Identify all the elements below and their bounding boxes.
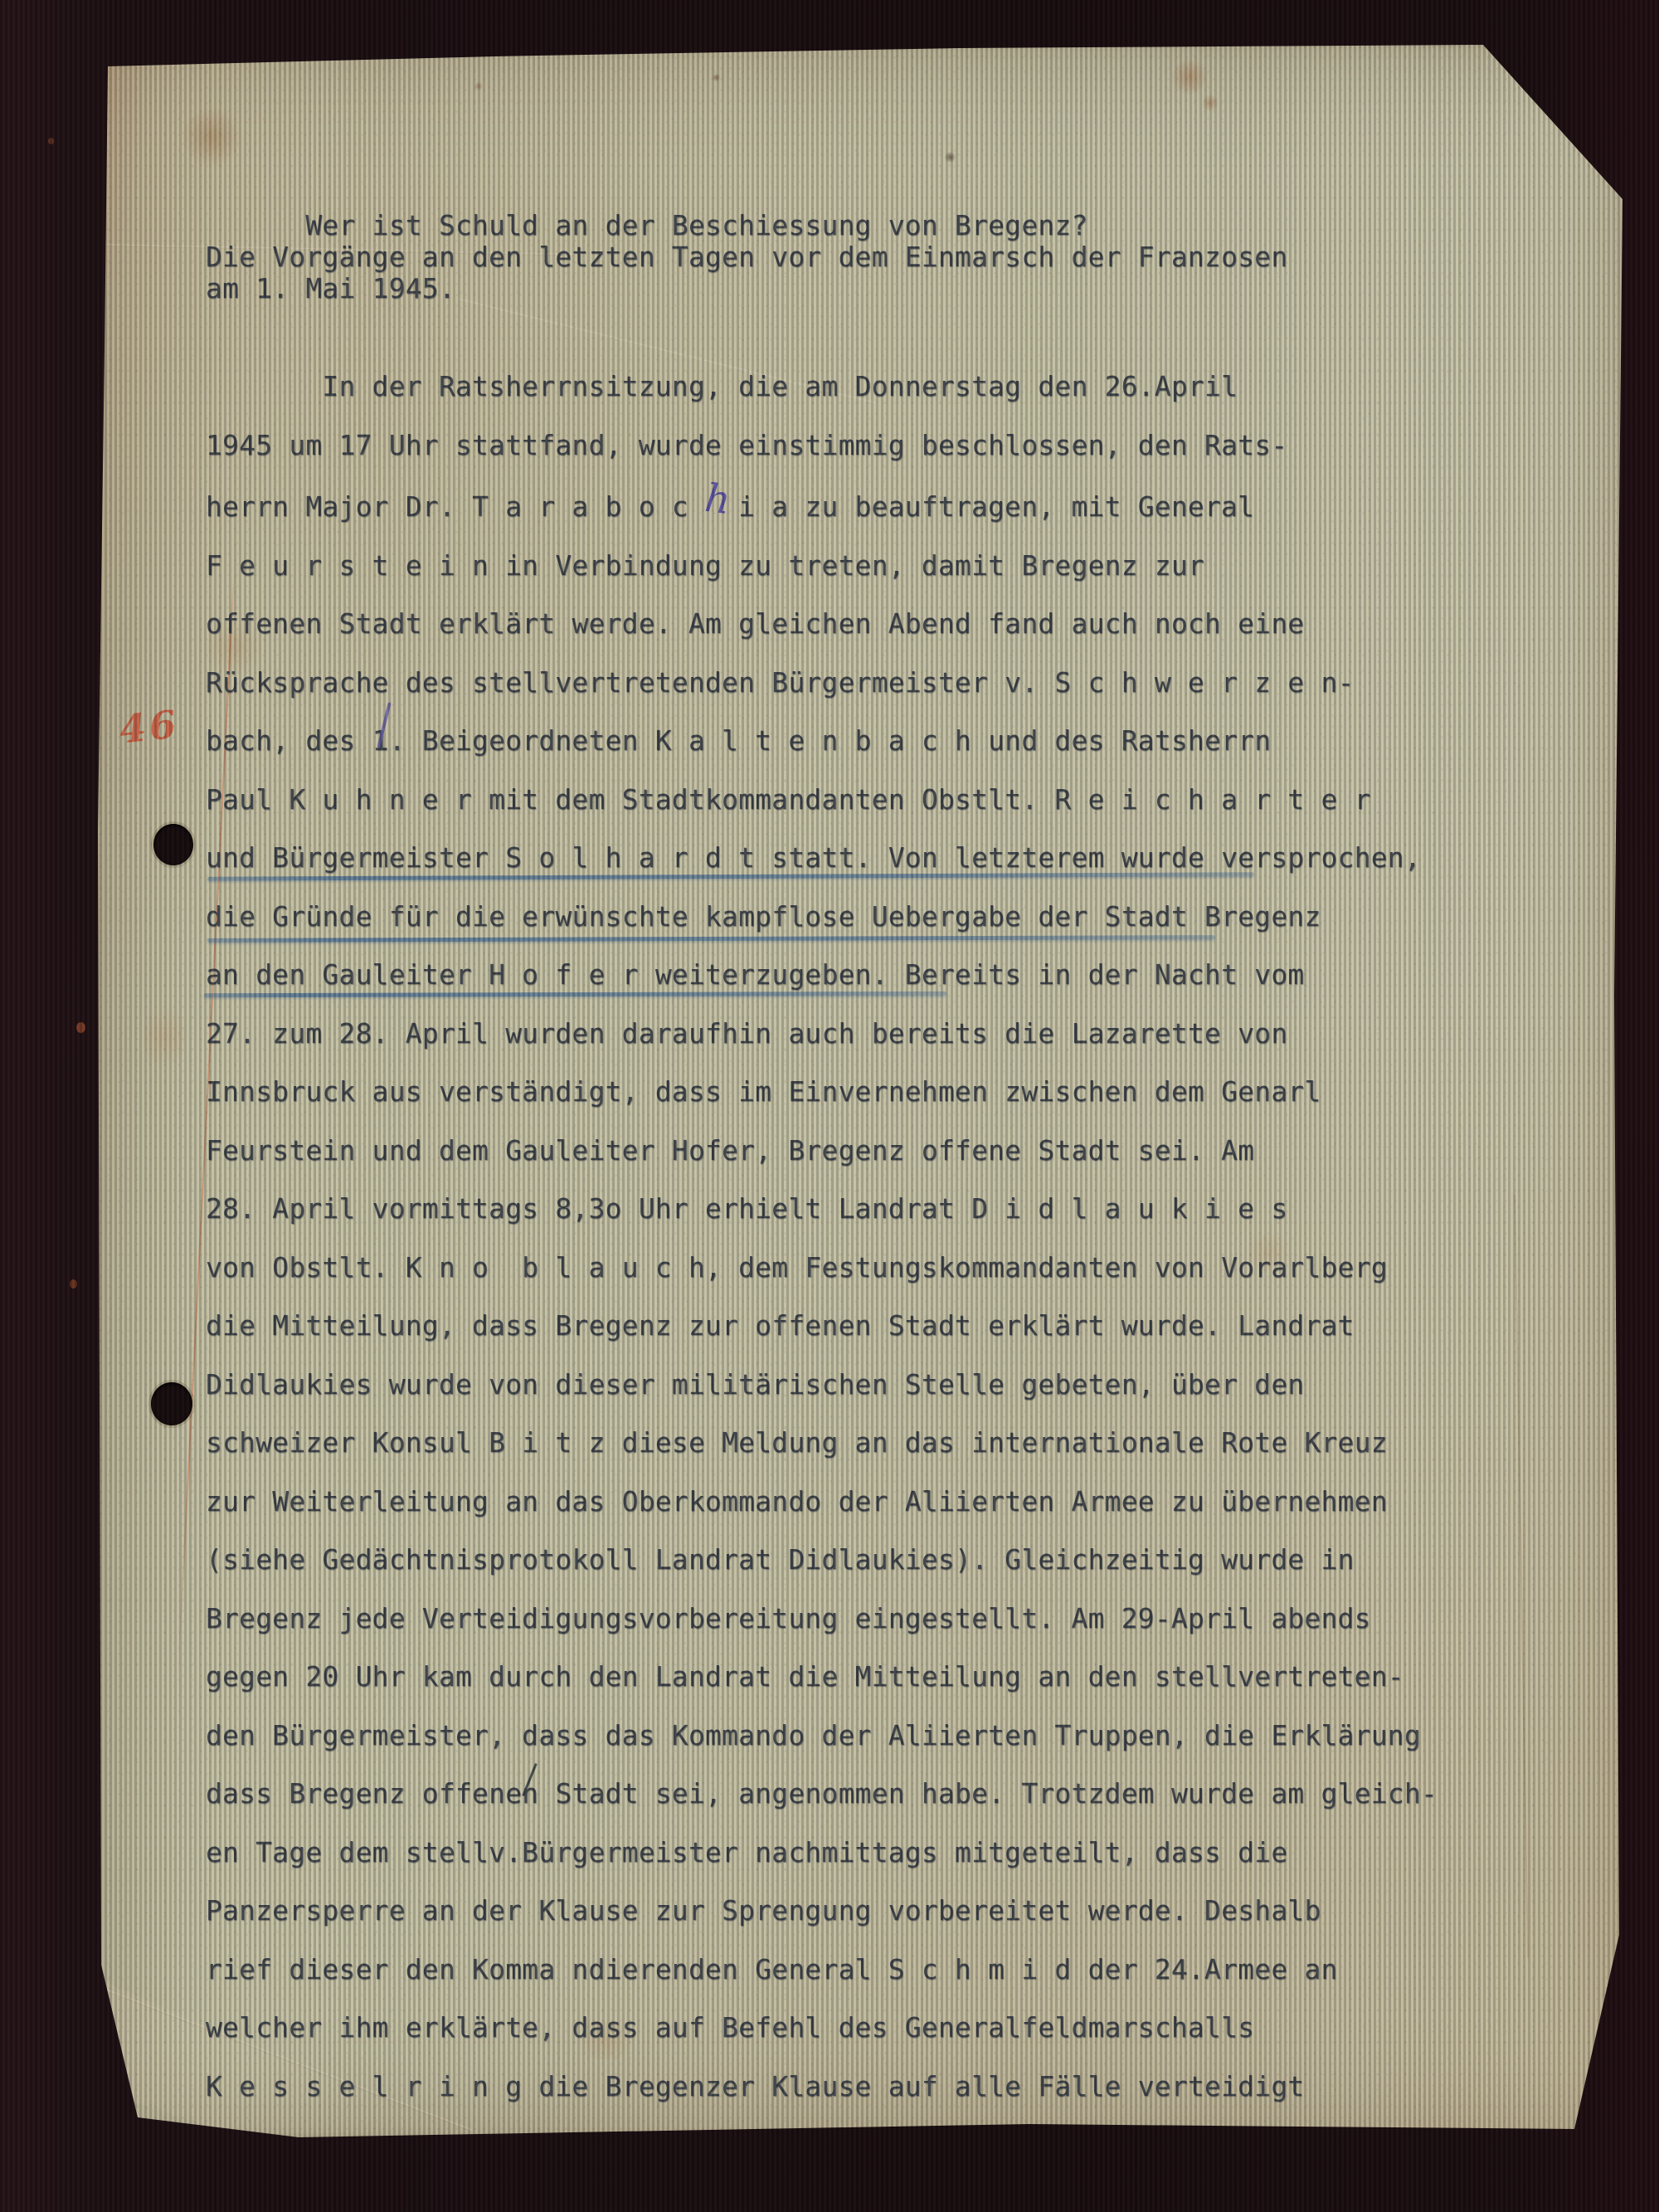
typed-line: offenen Stadt erklärt werde. Am gleichen… — [206, 595, 1438, 654]
typed-line: Innsbruck aus verständigt, dass im Einve… — [206, 1063, 1438, 1122]
typed-segment: Beigeordneten K a l t e n b a c h und de… — [406, 724, 1272, 757]
typed-segment: i a zu beauftragen, mit General — [722, 490, 1254, 523]
title-line: Die Vorgänge an den letzten Tagen vor de… — [206, 241, 1287, 273]
typed-line: en Tage dem stellv.Bürgermeister nachmit… — [206, 1824, 1438, 1883]
mat-fleck — [48, 138, 54, 144]
correction-typed-strike: n — [522, 1765, 538, 1824]
typed-line: rief dieser den Komma ndierenden General… — [206, 1941, 1438, 2000]
stain — [144, 994, 184, 1080]
mat-fleck — [76, 1022, 85, 1033]
typed-segment: bach, des — [206, 724, 372, 757]
document-page: 46 Wer ist Schuld an der Beschiessung vo… — [96, 41, 1626, 2139]
mat-fleck — [70, 1279, 77, 1289]
punch-hole — [153, 824, 193, 865]
punch-hole — [151, 1382, 192, 1425]
stain — [1199, 93, 1221, 113]
typed-line: welcher ihm erklärte, dass auf Befehl de… — [206, 1999, 1438, 2058]
typed-line: In der Ratsherrnsitzung, die am Donnerst… — [206, 358, 1438, 417]
title-line: Wer ist Schuld an der Beschiessung von B… — [206, 210, 1287, 241]
typed-line: Feurstein und dem Gauleiter Hofer, Brege… — [206, 1122, 1438, 1181]
typed-segment: Stadt sei, angenommen habe. Trotzdem wur… — [538, 1777, 1438, 1810]
typed-line: bach, des 1. Beigeordneten K a l t e n b… — [206, 712, 1438, 771]
stain — [1168, 56, 1211, 98]
margin-number: 46 — [117, 699, 196, 752]
correction-hand-strike: 1. — [372, 712, 406, 771]
typed-line: schweizer Konsul B i t z diese Meldung a… — [206, 1414, 1438, 1473]
typed-body: In der Ratsherrnsitzung, die am Donnerst… — [206, 358, 1438, 2116]
crease-line — [1514, 1195, 1529, 1958]
typed-line: K e s s e l r i n g die Bregenzer Klause… — [206, 2058, 1438, 2117]
typed-line: F e u r s t e i n in Verbindung zu trete… — [206, 537, 1438, 596]
correction-hand-ink: h — [702, 470, 725, 529]
photo-backdrop: 46 Wer ist Schuld an der Beschiessung vo… — [0, 0, 1659, 2212]
typed-segment: herrn Major Dr. T a r a b o c — [206, 490, 705, 523]
typed-line: Paul K u h n e r mit dem Stadtkommandant… — [206, 771, 1438, 830]
typed-line: Bregenz jede Verteidigungsvorbereitung e… — [206, 1590, 1438, 1649]
stain — [176, 106, 247, 168]
typed-line: dass Bregenz offenen Stadt sei, angenomm… — [206, 1765, 1438, 1824]
typed-line: Didlaukies wurde von dieser militärische… — [206, 1356, 1438, 1415]
stain — [944, 151, 956, 163]
typed-line: gegen 20 Uhr kam durch den Landrat die M… — [206, 1648, 1438, 1707]
typed-segment: dass Bregenz offene — [206, 1777, 522, 1810]
typed-line: (siehe Gedächtnisprotokoll Landrat Didla… — [206, 1531, 1438, 1590]
typed-line: 1945 um 17 Uhr stattfand, wurde einstimm… — [206, 417, 1438, 475]
typed-line: Panzersperre an der Klause zur Sprengung… — [206, 1882, 1438, 1941]
typed-line: die Mitteilung, dass Bregenz zur offenen… — [206, 1297, 1438, 1356]
typed-line: herrn Major Dr. T a r a b o c h i a zu b… — [206, 475, 1438, 537]
typed-line: zur Weiterleitung an das Oberkommando de… — [206, 1473, 1438, 1532]
typed-line: 28. April vormittags 8,3o Uhr erhielt La… — [206, 1180, 1438, 1239]
title-line: am 1. Mai 1945. — [206, 273, 1287, 305]
typed-line: 27. zum 28. April wurden daraufhin auch … — [206, 1005, 1438, 1064]
typed-line: den Bürgermeister, dass das Kommando der… — [206, 1707, 1438, 1766]
document-title-block: Wer ist Schuld an der Beschiessung von B… — [206, 210, 1287, 305]
stain — [474, 81, 484, 91]
stain — [712, 73, 721, 82]
typed-line: von Obstlt. K n o b l a u c h, dem Festu… — [206, 1239, 1438, 1298]
